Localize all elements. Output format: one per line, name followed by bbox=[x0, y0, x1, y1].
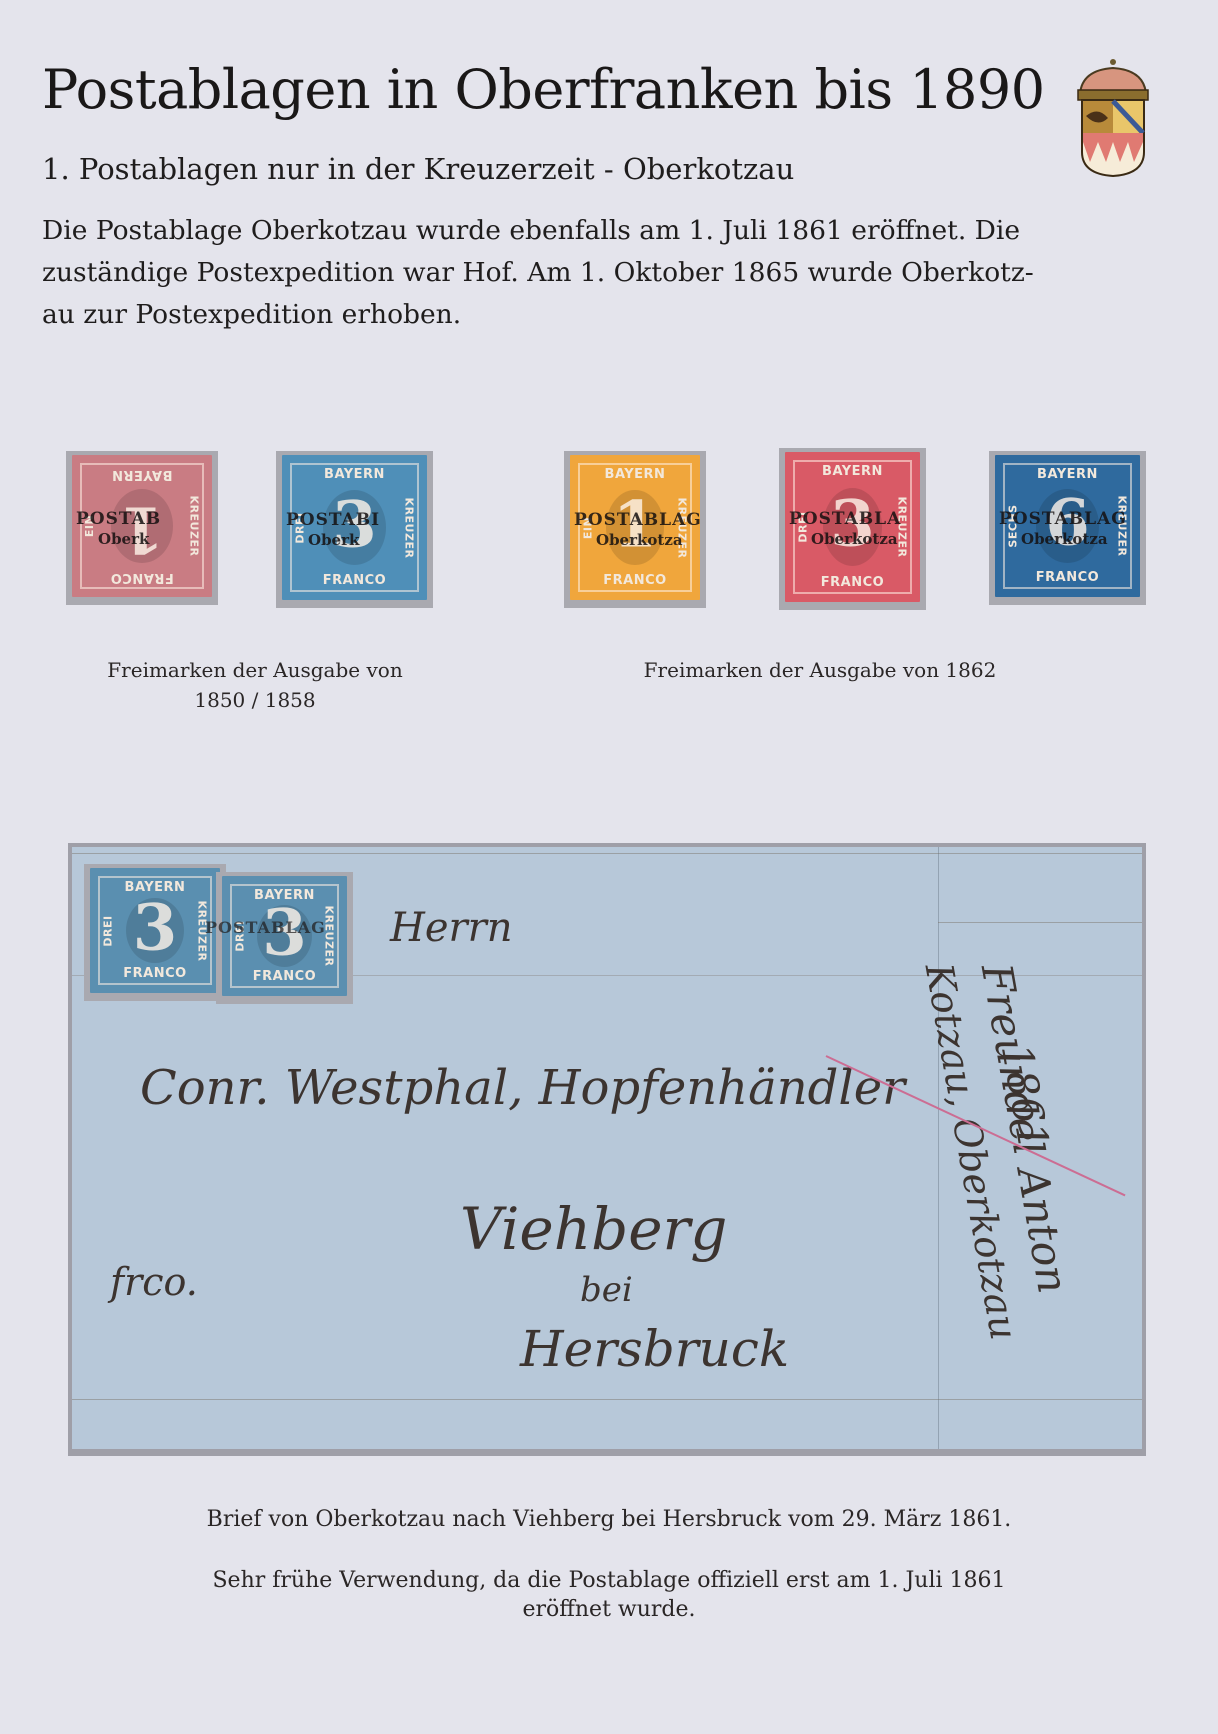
stamp-top-text: BAYERN bbox=[222, 888, 347, 903]
stamp-top-text: FRANCO bbox=[72, 570, 212, 585]
stamp: 1BAYERNFRANCOEINKREUZERPOSTABLAGOberkotz… bbox=[570, 455, 700, 600]
handwriting-town: Viehberg bbox=[460, 1195, 727, 1263]
stamp-left-text: KREUZER bbox=[188, 496, 201, 557]
stamp: 3BAYERNFRANCODREIKREUZERPOSTABIOberk bbox=[282, 455, 427, 600]
stamp-left-text: DREI bbox=[102, 915, 115, 946]
stamp-top-text: BAYERN bbox=[995, 467, 1140, 482]
intro-line: au zur Postexpedition erhoben. bbox=[42, 294, 1172, 336]
intro-line: Die Postablage Oberkotzau wurde ebenfall… bbox=[42, 210, 1172, 252]
stamp-bottom-text: FRANCO bbox=[570, 573, 700, 588]
oberfranken-coat-of-arms-icon bbox=[1072, 56, 1154, 178]
handwriting-via: bei bbox=[580, 1270, 633, 1310]
stamp-right-text: KREUZER bbox=[403, 497, 416, 558]
postablage-cancel: POSTABLAOberkotza bbox=[789, 509, 901, 549]
postablage-cancel: POSTABLAGOberkotza bbox=[574, 510, 700, 550]
handwriting-franco: frco. bbox=[110, 1260, 198, 1304]
caption-group-1: Freimarken der Ausgabe von 1850 / 1858 bbox=[60, 655, 450, 715]
stamp: 6BAYERNFRANCOSECHSKREUZERPOSTABLAGOberko… bbox=[995, 455, 1140, 597]
intro-line: zuständige Postexpedition war Hof. Am 1.… bbox=[42, 252, 1172, 294]
cover-flap-edge bbox=[938, 847, 939, 1449]
caption-line: Freimarken der Ausgabe von bbox=[60, 655, 450, 685]
handwriting-district: Hersbruck bbox=[520, 1320, 789, 1378]
postablage-cancel: POSTABOberk bbox=[76, 509, 161, 549]
postablage-cancel: POSTABLAGOberkotza bbox=[999, 509, 1127, 549]
stamp: 3BAYERNFRANCODREIKREUZER bbox=[90, 868, 220, 993]
handwriting-salutation: Herrn bbox=[390, 905, 513, 951]
caption-line: 1850 / 1858 bbox=[60, 685, 450, 715]
caption-group-2: Freimarken der Ausgabe von 1862 bbox=[600, 655, 1040, 685]
stamp-bottom-text: FRANCO bbox=[90, 966, 220, 981]
stamp-bottom-text: FRANCO bbox=[222, 969, 347, 984]
intro-paragraph: Die Postablage Oberkotzau wurde ebenfall… bbox=[42, 210, 1172, 336]
cover-cancel: POSTABLAG bbox=[205, 918, 326, 937]
cover-note: Sehr frühe Verwendung, da die Postablage… bbox=[0, 1566, 1218, 1624]
stamp-top-text: BAYERN bbox=[282, 467, 427, 482]
handwriting-recipient: Conr. Westphal, Hopfenhändler bbox=[140, 1060, 905, 1116]
postablage-cancel: POSTABIOberk bbox=[286, 510, 380, 550]
stamp-bottom-text: BAYERN bbox=[72, 467, 212, 482]
stamp-bottom-text: FRANCO bbox=[282, 573, 427, 588]
stamp-top-text: BAYERN bbox=[785, 464, 920, 479]
page-title: Postablagen in Oberfranken bis 1890 bbox=[42, 58, 1045, 121]
cover-note-line: eröffnet wurde. bbox=[0, 1595, 1218, 1624]
stamp-bottom-text: FRANCO bbox=[785, 575, 920, 590]
stamp-top-text: BAYERN bbox=[90, 880, 220, 895]
section-heading: 1. Postablagen nur in der Kreuzerzeit - … bbox=[42, 152, 794, 186]
stamp-top-text: BAYERN bbox=[570, 467, 700, 482]
cover-note-line: Sehr frühe Verwendung, da die Postablage… bbox=[0, 1566, 1218, 1595]
stamp-numeral: 3 bbox=[133, 890, 178, 965]
stamp-bottom-text: FRANCO bbox=[995, 570, 1140, 585]
stamp: 3BAYERNFRANCODREIKREUZERPOSTABLAOberkotz… bbox=[785, 452, 920, 602]
stamp: 1FRANCOBAYERNKREUZEREINPOSTABOberk bbox=[72, 455, 212, 597]
cover-caption: Brief von Oberkotzau nach Viehberg bei H… bbox=[0, 1505, 1218, 1535]
